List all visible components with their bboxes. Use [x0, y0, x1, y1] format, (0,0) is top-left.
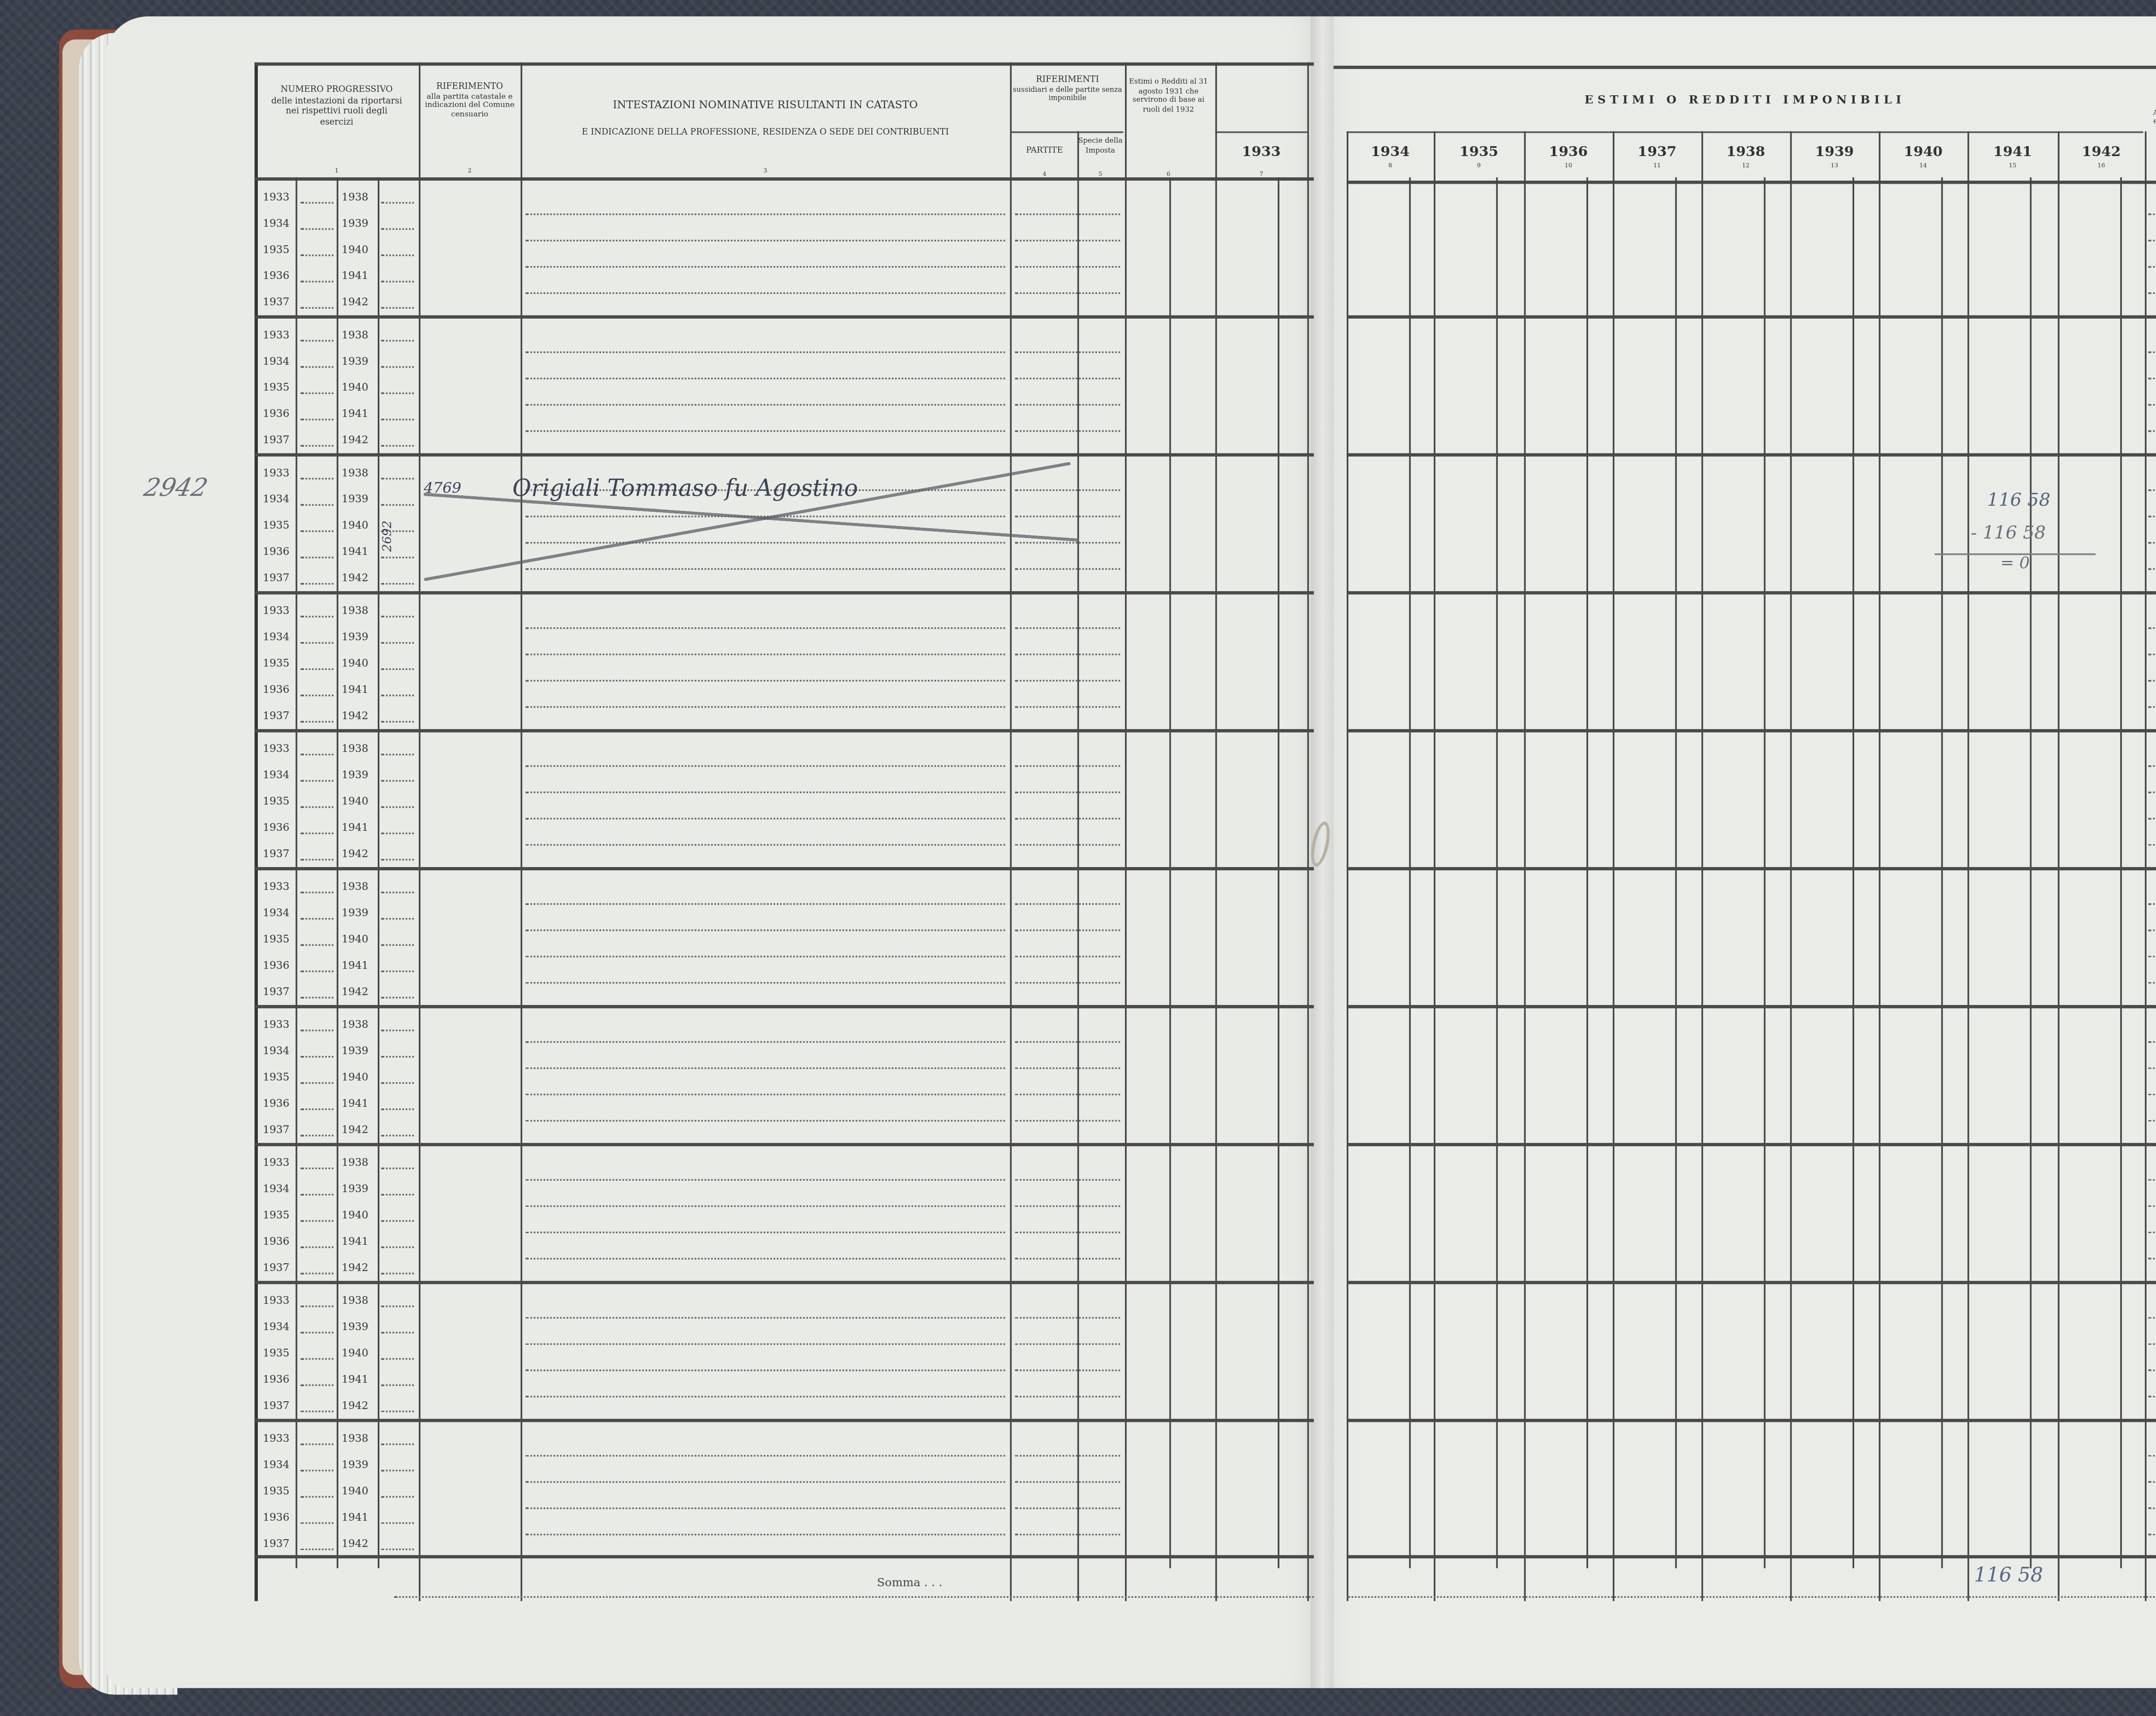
margin-note-handwritten: 2942 — [141, 473, 210, 503]
cents-sub-rule — [1169, 177, 1171, 1568]
year-dotted-line — [301, 859, 333, 861]
year-dotted-line — [301, 307, 333, 309]
year-dotted-line — [301, 1220, 333, 1222]
name-dotted-line — [526, 930, 1005, 931]
year-label: 1940 — [342, 381, 368, 394]
riferimenti-dotted-line — [1015, 1481, 1120, 1483]
year-label: 1935 — [263, 657, 289, 670]
row-separator-left — [254, 315, 1314, 319]
riferimenti-dotted-line — [1015, 956, 1120, 958]
entry-1941-value: 116 58 — [1987, 489, 2051, 511]
riferimenti-dotted-line — [1015, 765, 1120, 767]
name-dotted-line — [526, 680, 1005, 682]
year-dotted-line — [301, 1030, 333, 1031]
riferimenti-dotted-line — [1015, 213, 1120, 215]
year-header-num: 16 — [2058, 162, 2145, 169]
year-dotted-line — [301, 254, 333, 256]
year-dotted-line — [301, 1273, 333, 1274]
name-dotted-line — [526, 654, 1005, 655]
right-col-rule — [1790, 132, 1792, 1601]
name-dotted-line — [526, 266, 1005, 268]
esenzioni-dotted-line — [2148, 1369, 2156, 1371]
year-dotted-line — [381, 642, 414, 644]
esenzioni-dotted-line — [2148, 765, 2156, 767]
year-label: 1940 — [342, 1484, 368, 1497]
name-dotted-line — [526, 1343, 1005, 1345]
year-dotted-line — [381, 892, 414, 893]
year-label: 1933 — [263, 1294, 289, 1307]
year-label: 1942 — [342, 1123, 368, 1136]
year-label: 1938 — [342, 1294, 368, 1307]
year-label: 1936 — [263, 959, 289, 972]
name-dotted-line — [526, 1369, 1005, 1371]
right-cents-rule — [1496, 177, 1498, 1568]
year-dotted-line — [381, 859, 414, 861]
year-dotted-line — [301, 944, 333, 946]
year-dotted-line — [381, 833, 414, 834]
year-dotted-line — [381, 1273, 414, 1274]
year-label: 1936 — [263, 1373, 289, 1386]
year-dotted-line — [301, 1470, 333, 1472]
riferimenti-dotted-line — [1015, 627, 1120, 629]
year-header-num: 9 — [1434, 162, 1524, 169]
riferimenti-group: RIFERIMENTI sussidiari e delle partite s… — [1012, 75, 1123, 104]
riferimenti-dotted-line — [1015, 1068, 1120, 1069]
riferimenti-sub-rule — [1012, 132, 1123, 133]
year-label: 1940 — [342, 1209, 368, 1221]
year-dotted-line — [301, 1411, 333, 1412]
year-dotted-line — [381, 1220, 414, 1222]
somma-bottom-dotted — [394, 1596, 1314, 1598]
riferimenti-dotted-line — [1015, 903, 1120, 905]
year-dotted-line — [301, 1168, 333, 1169]
row-separator-right — [1347, 1419, 2156, 1422]
year-label: 1941 — [342, 821, 368, 834]
name-dotted-line — [526, 430, 1005, 432]
col-2-rule — [419, 63, 420, 1601]
year-label: 1936 — [263, 1235, 289, 1248]
esenzioni-dotted-line — [2148, 1481, 2156, 1483]
col1-sub-rule — [337, 177, 338, 1568]
riferimenti-dotted-line — [1015, 792, 1120, 793]
col-4-rule — [1010, 63, 1012, 1601]
year-dotted-line — [301, 642, 333, 644]
year-label: 1937 — [263, 1123, 289, 1136]
year-label: 1933 — [263, 1432, 289, 1445]
esenzioni-dotted-line — [2148, 844, 2156, 846]
year-header-1940: 194014 — [1879, 144, 1968, 169]
col-3-rule — [520, 63, 522, 1601]
riferimenti-subtitle: sussidiari e delle partite senza imponib… — [1012, 86, 1123, 104]
esenzioni-dotted-line — [2148, 430, 2156, 432]
year-header-num: 15 — [1968, 162, 2058, 169]
year-dotted-line — [381, 478, 414, 479]
year-header-label: 1942 — [2058, 144, 2145, 162]
year-label: 1940 — [342, 1071, 368, 1083]
year-label: 1935 — [263, 933, 289, 946]
year-label: 1935 — [263, 795, 289, 808]
entry-1941-result: = 0 — [2000, 555, 2030, 573]
riferimenti-dotted-line — [1015, 1396, 1120, 1397]
name-dotted-line — [526, 1041, 1005, 1043]
year-dotted-line — [301, 1384, 333, 1386]
estimi-sub-rule — [1347, 132, 2143, 133]
year-dotted-line — [381, 1496, 414, 1498]
right-col-rule — [1434, 132, 1435, 1601]
name-dotted-line — [526, 292, 1005, 294]
year-label: 1934 — [263, 768, 289, 781]
top-rule-left — [254, 63, 1314, 66]
esenzioni-dotted-line — [2148, 1232, 2156, 1234]
somma-top-rule — [254, 1555, 1314, 1559]
name-dotted-line — [526, 404, 1005, 406]
name-dotted-line — [526, 818, 1005, 820]
year-dotted-line — [301, 997, 333, 999]
year-label: 1937 — [263, 433, 289, 446]
right-cents-rule — [1941, 177, 1943, 1568]
header-rule-right — [1347, 181, 2156, 184]
estimi-group-title: ESTIMI O REDDITI IMPONIBILI — [1347, 94, 2143, 108]
name-dotted-line — [526, 956, 1005, 958]
year-dotted-line — [381, 557, 414, 558]
year-dotted-line — [381, 971, 414, 972]
riferimenti-dotted-line — [1015, 1120, 1120, 1122]
year-dotted-line — [301, 833, 333, 834]
year-label: 1934 — [263, 355, 289, 368]
year-dotted-line — [301, 419, 333, 420]
year-dotted-line — [301, 1496, 333, 1498]
name-dotted-line — [526, 792, 1005, 793]
row-separator-left — [254, 453, 1314, 457]
esenzioni-dotted-line — [2148, 266, 2156, 268]
col7-num: 7 — [1215, 171, 1307, 178]
year-label: 1942 — [342, 985, 368, 998]
year-label: 1939 — [342, 1044, 368, 1057]
esenzioni-dotted-line — [2148, 213, 2156, 215]
year-dotted-line — [381, 583, 414, 585]
year-dotted-line — [301, 228, 333, 230]
year-label: 1940 — [342, 933, 368, 946]
year-dotted-line — [381, 366, 414, 368]
name-dotted-line — [526, 765, 1005, 767]
col3-num: 3 — [522, 167, 1008, 175]
year-label: 1933 — [263, 880, 289, 893]
year-dotted-line — [381, 228, 414, 230]
row-separator-left — [254, 1143, 1314, 1146]
name-dotted-line — [526, 1481, 1005, 1483]
year-dotted-line — [301, 1549, 333, 1550]
year-dotted-line — [301, 366, 333, 368]
year-label: 1939 — [342, 355, 368, 368]
year-dotted-line — [301, 1522, 333, 1524]
year-header-label: 1937 — [1613, 144, 1702, 162]
year-dotted-line — [301, 892, 333, 893]
riferimenti-dotted-line — [1015, 266, 1120, 268]
riferimenti-dotted-line — [1015, 930, 1120, 931]
name-dotted-line — [526, 844, 1005, 846]
year-header-1941: 194115 — [1968, 144, 2058, 169]
year-dotted-line — [381, 1194, 414, 1196]
year-header-num: 13 — [1790, 162, 1879, 169]
year-label: 1938 — [342, 1018, 368, 1031]
year-label: 1935 — [263, 1071, 289, 1083]
right-cents-rule — [2120, 177, 2122, 1568]
year-header-1942: 194216 — [2058, 144, 2145, 169]
year-header-1936: 193610 — [1524, 144, 1613, 169]
col7-year: 1933 — [1215, 144, 1307, 162]
year-dotted-line — [381, 1358, 414, 1360]
riferimenti-dotted-line — [1015, 1507, 1120, 1509]
year-label: 1937 — [263, 296, 289, 309]
esenzioni-dotted-line — [2148, 1455, 2156, 1457]
year-label: 1935 — [263, 1346, 289, 1359]
riferimenti-dotted-line — [1015, 351, 1120, 353]
year-label: 1942 — [342, 1261, 368, 1274]
year-label: 1942 — [342, 571, 368, 584]
riferimenti-dotted-line — [1015, 404, 1120, 406]
riferimenti-dotted-line — [1015, 516, 1120, 517]
riferimenti-dotted-line — [1015, 1369, 1120, 1371]
year-label: 1939 — [342, 1182, 368, 1195]
year-label: 1936 — [263, 407, 289, 420]
year-header-label: 1936 — [1524, 144, 1613, 162]
right-col-rule — [2145, 132, 2147, 1601]
year-header-label: 1941 — [1968, 144, 2058, 162]
col-7-end-rule — [1307, 63, 1309, 1601]
year-label: 1934 — [263, 1320, 289, 1333]
right-col-rule — [1968, 132, 1969, 1601]
name-dotted-line — [526, 378, 1005, 379]
esenzioni-dotted-line — [2148, 489, 2156, 491]
year-label: 1937 — [263, 1537, 289, 1550]
entry-name[interactable]: Origiali Tommaso fu Agostino — [512, 476, 858, 503]
row-separator-right — [1347, 729, 2156, 733]
year-label: 1936 — [263, 1097, 289, 1110]
year-label: 1938 — [342, 604, 368, 617]
right-col-rule — [1879, 132, 1880, 1601]
year-dotted-line — [301, 780, 333, 782]
year-dotted-line — [381, 392, 414, 394]
riferimenti-dotted-line — [1015, 982, 1120, 984]
year-header-1937: 193711 — [1613, 144, 1702, 169]
year-dotted-line — [301, 616, 333, 617]
year-label: 1939 — [342, 1320, 368, 1333]
row-separator-right — [1347, 1281, 2156, 1284]
year-label: 1936 — [263, 269, 289, 282]
year-label: 1937 — [263, 709, 289, 722]
riferimenti-dotted-line — [1015, 430, 1120, 432]
row-separator-right — [1347, 1143, 2156, 1146]
year-dotted-line — [381, 504, 414, 506]
year-header-label: 1934 — [1347, 144, 1434, 162]
esenzioni-dotted-line — [2148, 516, 2156, 517]
year-label: 1933 — [263, 191, 289, 204]
col1-num: 1 — [254, 167, 419, 175]
scanned-ledger: NUMERO PROGRESSIVO delle intestazioni da… — [0, 0, 2156, 1716]
year-label: 1934 — [263, 906, 289, 919]
riferimenti-dotted-line — [1015, 240, 1120, 241]
esenzioni-dotted-line — [2148, 818, 2156, 820]
year-dotted-line — [381, 1030, 414, 1031]
name-dotted-line — [526, 568, 1005, 570]
year-label: 1935 — [263, 1484, 289, 1497]
row-separator-left — [254, 1281, 1314, 1284]
col17-num: 17 — [2145, 174, 2156, 182]
row-separator-left — [254, 1419, 1314, 1422]
esenzioni-dotted-line — [2148, 1068, 2156, 1069]
year-label: 1940 — [342, 795, 368, 808]
row-separator-right — [1347, 315, 2156, 319]
esenzioni-dotted-line — [2148, 404, 2156, 406]
name-dotted-line — [526, 1120, 1005, 1122]
year-header-label: 1939 — [1790, 144, 1879, 162]
year-label: 1938 — [342, 329, 368, 341]
right-col-rule — [1613, 132, 1614, 1601]
year-label: 1942 — [342, 709, 368, 722]
year-dotted-line — [381, 918, 414, 920]
somma-1941-value: 116 58 — [1974, 1563, 2043, 1586]
year-label: 1939 — [342, 493, 368, 506]
col5-num: 5 — [1078, 171, 1124, 178]
col-7-rule — [1215, 63, 1217, 1601]
riferimenti-dotted-line — [1015, 378, 1120, 379]
year-header-num: 10 — [1524, 162, 1613, 169]
esenzioni-dotted-line — [2148, 627, 2156, 629]
name-dotted-line — [526, 1396, 1005, 1397]
year-label: 1942 — [342, 847, 368, 860]
row-separator-right — [1347, 453, 2156, 457]
right-cents-rule — [1764, 177, 1766, 1568]
year-dotted-line — [381, 445, 414, 447]
year-label: 1938 — [342, 880, 368, 893]
year-label: 1936 — [263, 683, 289, 696]
name-dotted-line — [526, 627, 1005, 629]
col2-subtitle: alla partita catastale e indicazioni del… — [420, 93, 519, 121]
col7-sub-rule — [1215, 132, 1307, 133]
year-label: 1937 — [263, 985, 289, 998]
riferimenti-dotted-line — [1015, 568, 1120, 570]
year-header-1939: 193913 — [1790, 144, 1879, 169]
row-separator-left — [254, 729, 1314, 733]
year-header-label: 1938 — [1702, 144, 1790, 162]
name-dotted-line — [526, 1507, 1005, 1509]
esenzioni-dotted-line — [2148, 1179, 2156, 1181]
form-id: Mod. 111 - Imposte Dirette (Intercalare)… — [1807, 39, 2156, 49]
year-dotted-line — [301, 1056, 333, 1058]
esenzioni-dotted-line — [2148, 1396, 2156, 1397]
year-label: 1934 — [263, 493, 289, 506]
col2-header: RIFERIMENTO alla partita catastale e ind… — [420, 82, 519, 121]
year-dotted-line — [381, 1306, 414, 1307]
right-cents-rule — [1675, 177, 1677, 1568]
year-label: 1935 — [263, 381, 289, 394]
riferimenti-dotted-line — [1015, 489, 1120, 491]
year-dotted-line — [301, 1246, 333, 1248]
year-label: 1936 — [263, 1511, 289, 1524]
somma-bottom-dotted-right — [1347, 1596, 2156, 1598]
riferimenti-dotted-line — [1015, 1455, 1120, 1457]
year-dotted-line — [301, 1332, 333, 1334]
year-dotted-line — [381, 944, 414, 946]
esenzioni-dotted-line — [2148, 1120, 2156, 1122]
year-label: 1942 — [342, 296, 368, 309]
year-label: 1942 — [342, 433, 368, 446]
entry-riferimento: 2692 — [379, 520, 394, 552]
year-label: 1934 — [263, 217, 289, 230]
year-label: 1941 — [342, 1373, 368, 1386]
year-dotted-line — [301, 1135, 333, 1137]
year-dotted-line — [301, 583, 333, 585]
year-dotted-line — [301, 754, 333, 755]
col6-title: Estimi o Redditi al 31 agosto 1931 che s… — [1125, 79, 1212, 115]
col1-sub-rule — [378, 177, 379, 1568]
year-label: 1938 — [342, 1432, 368, 1445]
year-label: 1937 — [263, 571, 289, 584]
esenzioni-dotted-line — [2148, 903, 2156, 905]
year-dotted-line — [381, 1168, 414, 1169]
esenzioni-dotted-line — [2148, 1258, 2156, 1259]
year-dotted-line — [381, 721, 414, 723]
year-dotted-line — [381, 668, 414, 670]
year-dotted-line — [301, 1109, 333, 1110]
year-label: 1940 — [342, 657, 368, 670]
esenzioni-dotted-line — [2148, 378, 2156, 379]
esenzioni-dotted-line — [2148, 1343, 2156, 1345]
col1-header: NUMERO PROGRESSIVO delle intestazioni da… — [254, 85, 419, 128]
right-cents-rule — [1409, 177, 1411, 1568]
riferimenti-dotted-line — [1015, 542, 1120, 544]
riferimenti-dotted-line — [1015, 1232, 1120, 1234]
year-label: 1934 — [263, 631, 289, 644]
year-label: 1934 — [263, 1182, 289, 1195]
year-dotted-line — [381, 1246, 414, 1248]
riferimenti-dotted-line — [1015, 844, 1120, 846]
right-col-rule — [1524, 132, 1526, 1601]
year-label: 1936 — [263, 821, 289, 834]
name-dotted-line — [526, 706, 1005, 708]
year-dotted-line — [301, 530, 333, 532]
name-dotted-line — [526, 903, 1005, 905]
year-label: 1933 — [263, 742, 289, 755]
esenzioni-dotted-line — [2148, 956, 2156, 958]
riferimenti-dotted-line — [1015, 680, 1120, 682]
col1-subtitle: delle intestazioni da riportarsi nei ris… — [271, 96, 402, 128]
year-header-num: 11 — [1613, 162, 1702, 169]
year-label: 1938 — [342, 191, 368, 204]
year-dotted-line — [301, 478, 333, 479]
somma-label: Somma . . . — [877, 1576, 943, 1589]
year-label: 1938 — [342, 742, 368, 755]
esenzioni-dotted-line — [2148, 792, 2156, 793]
riferimenti-dotted-line — [1015, 1343, 1120, 1345]
year-label: 1939 — [342, 1458, 368, 1471]
year-label: 1940 — [342, 1346, 368, 1359]
year-label: 1937 — [263, 1399, 289, 1412]
row-separator-left — [254, 591, 1314, 595]
year-dotted-line — [301, 1444, 333, 1445]
year-dotted-line — [301, 202, 333, 204]
name-dotted-line — [526, 1232, 1005, 1234]
year-dotted-line — [301, 504, 333, 506]
year-dotted-line — [301, 1082, 333, 1084]
year-dotted-line — [381, 419, 414, 420]
esenzioni-dotted-line — [2148, 1041, 2156, 1043]
year-label: 1939 — [342, 906, 368, 919]
name-dotted-line — [526, 240, 1005, 241]
year-label: 1934 — [263, 1044, 289, 1057]
esenzioni-dotted-line — [2148, 568, 2156, 570]
year-dotted-line — [301, 721, 333, 723]
